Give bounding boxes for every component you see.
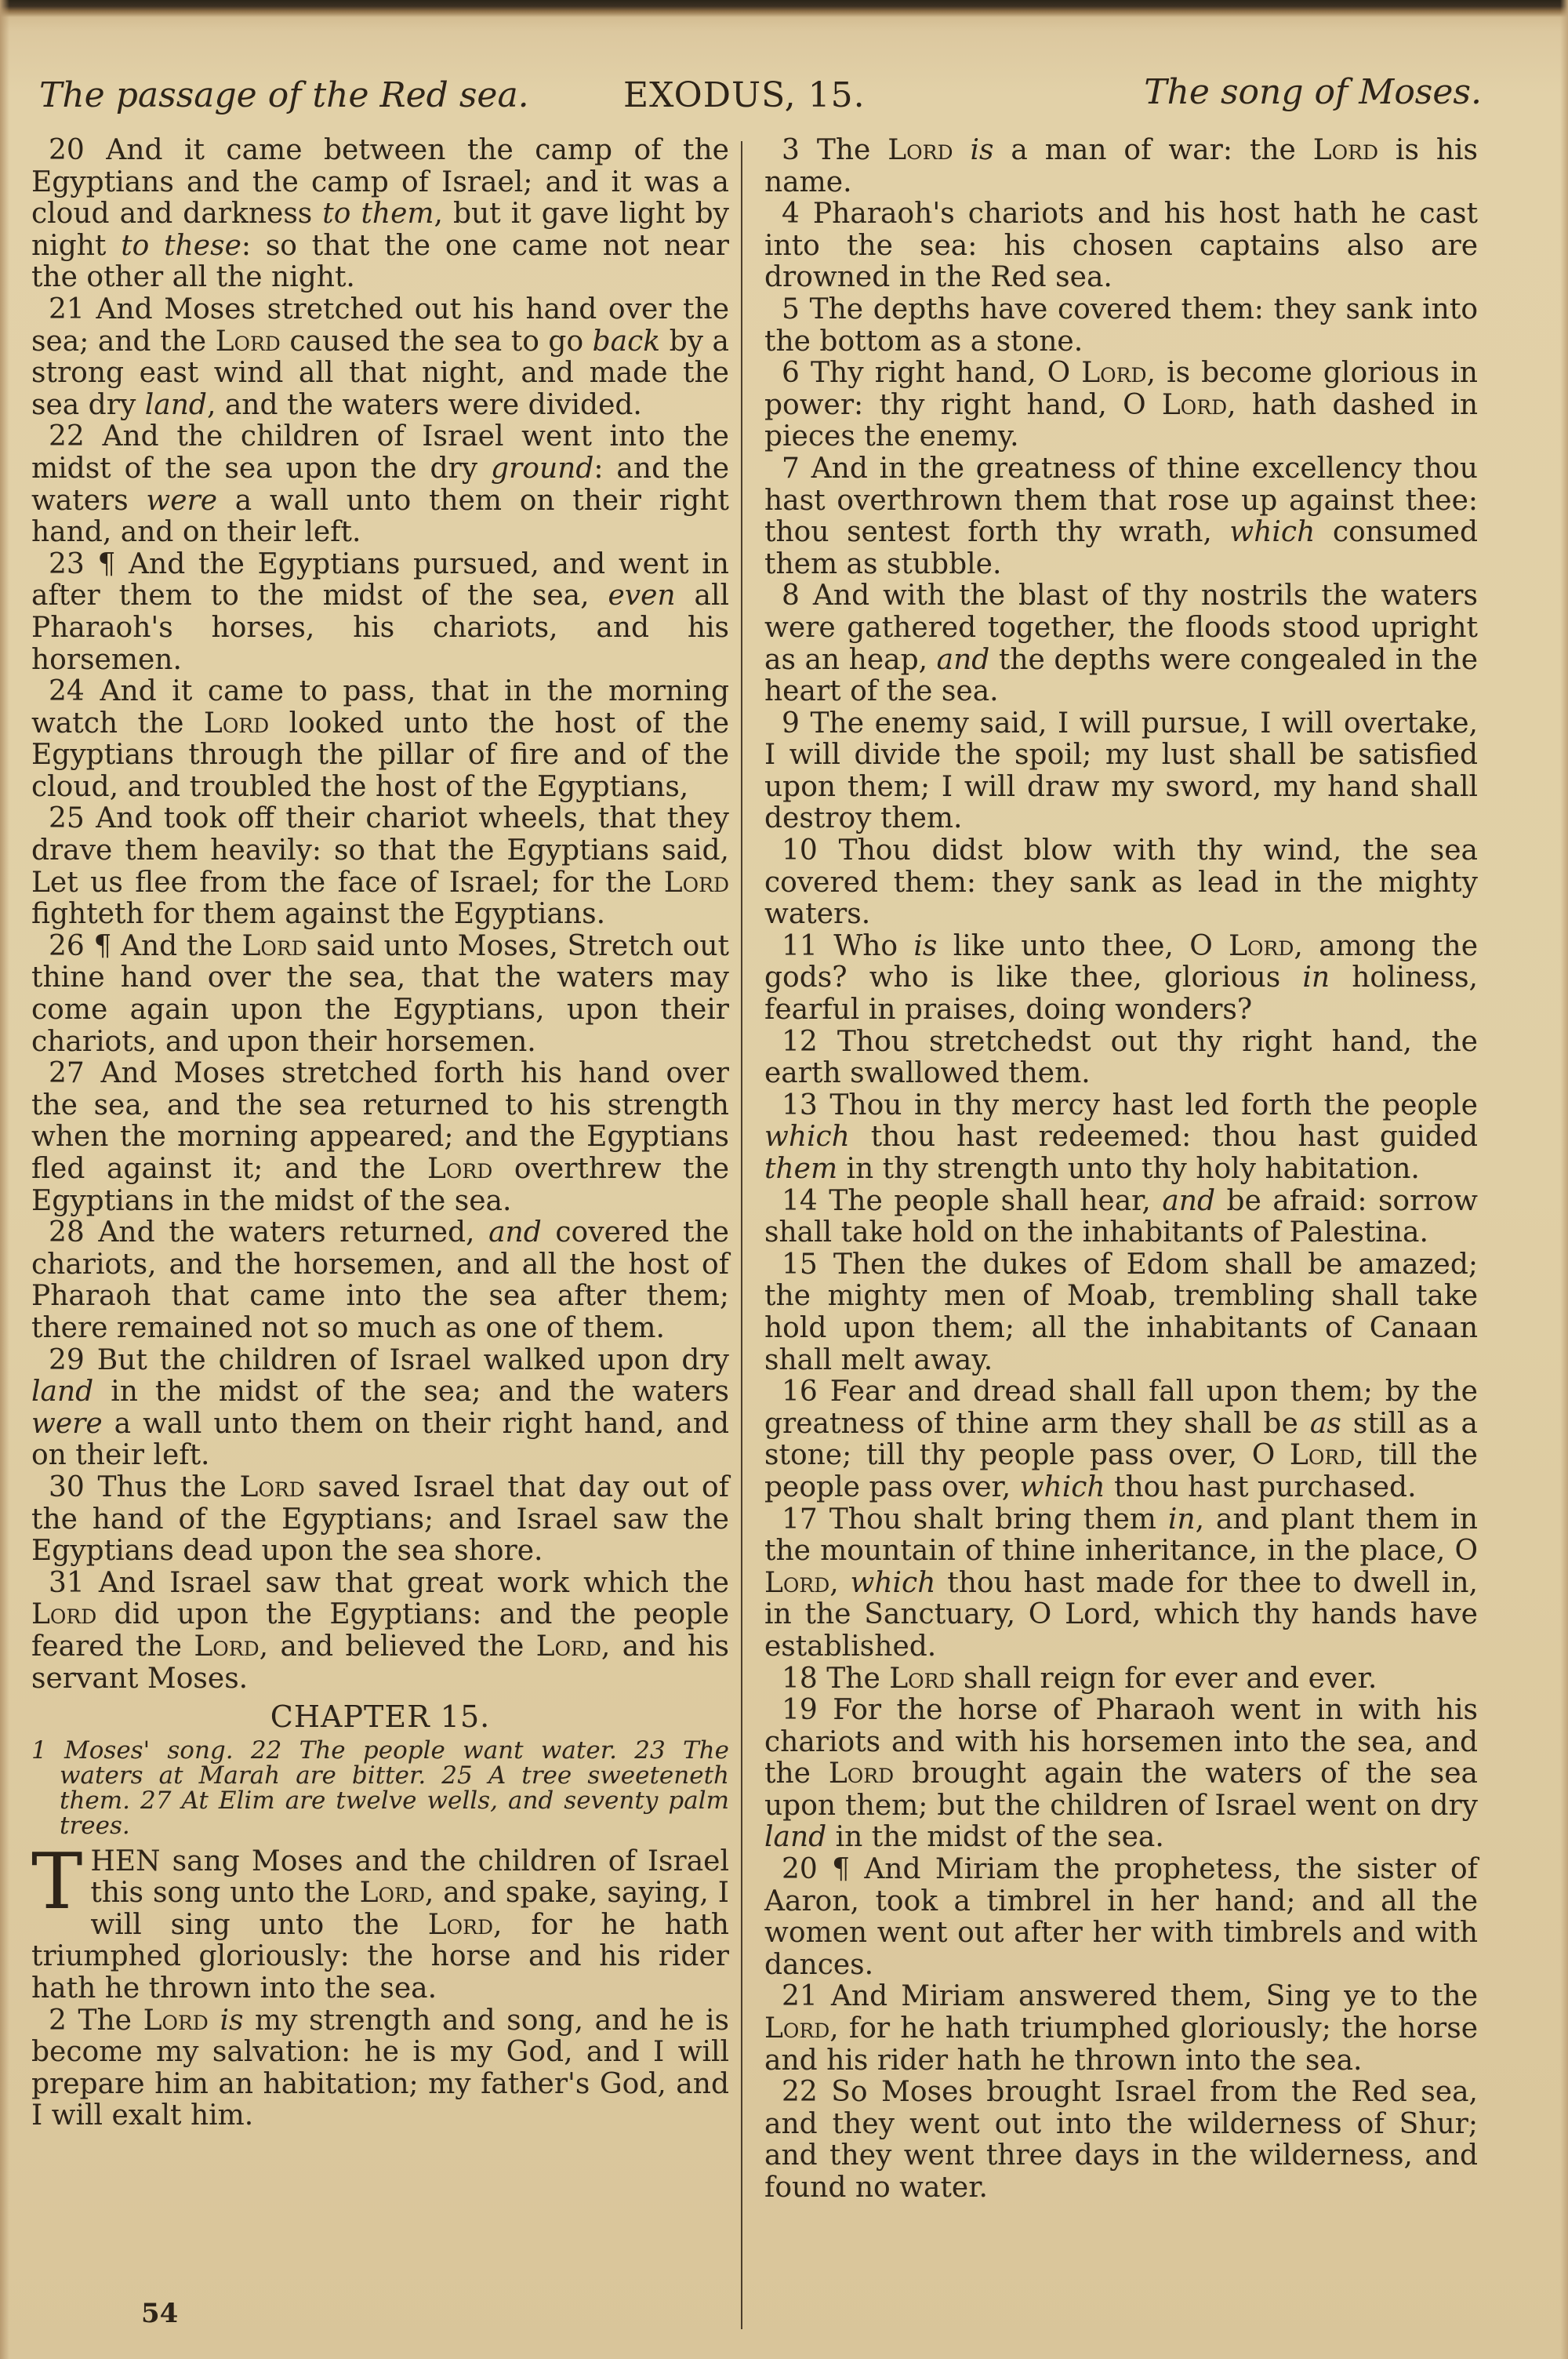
- verse: 25 And took off their chariot wheels, th…: [31, 803, 729, 930]
- verse: 5 The depths have covered them: they san…: [764, 294, 1478, 358]
- verse-text: And it came to pass, that in the morning…: [31, 675, 729, 803]
- verse: 28 And the waters returned, and covered …: [31, 1217, 729, 1344]
- verse-text: The enemy said, I will pursue, I will ov…: [764, 707, 1478, 835]
- verse-text: And took off their chariot wheels, that …: [31, 802, 729, 930]
- verse-text: Thy right hand, O Lord, is become glorio…: [764, 357, 1478, 453]
- verse-text: And Moses stretched out his hand over th…: [31, 293, 729, 421]
- verse-number: 16: [782, 1376, 818, 1408]
- verse-number: 17: [782, 1503, 818, 1536]
- verse: 2 The Lord is my strength and song, and …: [31, 2005, 729, 2132]
- verse-text: And Moses stretched forth his hand over …: [31, 1057, 729, 1216]
- page-top-edge: [0, 0, 1568, 17]
- verse: 20 ¶ And Miriam the prophetess, the sist…: [764, 1854, 1478, 1981]
- verse: 29 But the children of Israel walked upo…: [31, 1345, 729, 1472]
- pilcrow-icon: ¶: [93, 930, 111, 962]
- page-left-edge: [0, 0, 9, 2359]
- verse-number: 20: [782, 1853, 818, 1885]
- chapter-title: CHAPTER 15.: [31, 1701, 729, 1733]
- verse-text: And in the greatness of thine excellency…: [764, 453, 1478, 580]
- verse-text: And it came between the camp of the Egyp…: [31, 134, 729, 293]
- verse-number: 9: [782, 707, 800, 740]
- verse: 17 Thou shalt bring them in, and plant t…: [764, 1504, 1478, 1663]
- verse: 22 And the children of Israel went into …: [31, 421, 729, 548]
- verse-number: 25: [49, 802, 85, 834]
- verse-text: Pharaoh's chariots and his host hath he …: [764, 198, 1478, 293]
- verse: 7 And in the greatness of thine excellen…: [764, 453, 1478, 580]
- drop-cap: T: [31, 1851, 82, 1914]
- verse-number: 15: [782, 1249, 818, 1281]
- verse: 18 The Lord shall reign for ever and eve…: [764, 1663, 1478, 1696]
- verse-number: 6: [782, 357, 800, 389]
- header-left-title: The passage of the Red sea.: [39, 75, 529, 115]
- verse-number: 27: [49, 1057, 85, 1089]
- header-book-chapter: EXODUS, 15.: [623, 75, 866, 115]
- verse-number: 20: [49, 134, 85, 166]
- verse-number: 21: [49, 293, 85, 325]
- verse: 21 And Moses stretched out his hand over…: [31, 294, 729, 421]
- verse-text: Thus the Lord saved Israel that day out …: [31, 1471, 729, 1567]
- verse-text: And Miriam answered them, Sing ye to the…: [764, 1980, 1478, 2076]
- verse: 11 Who is like unto thee, O Lord, among …: [764, 931, 1478, 1027]
- verse-number: 28: [49, 1216, 85, 1249]
- verse-number: 10: [782, 834, 818, 867]
- verse-number: 22: [49, 420, 85, 453]
- page-number: 54: [141, 2298, 178, 2329]
- verse-number: 23: [49, 548, 85, 580]
- left-column: 20 And it came between the camp of the E…: [31, 135, 729, 2132]
- verse-text: Thou didst blow with thy wind, the sea c…: [764, 834, 1478, 930]
- verse: 4 Pharaoh's chariots and his host hath h…: [764, 198, 1478, 294]
- verse-number: 22: [782, 2076, 818, 2108]
- verse: 20 And it came between the camp of the E…: [31, 135, 729, 294]
- verse-number: 7: [782, 453, 800, 485]
- verse-number: 18: [782, 1663, 818, 1695]
- verse: 14 The people shall hear, and be afraid:…: [764, 1186, 1478, 1249]
- verse: 8 And with the blast of thy nostrils the…: [764, 580, 1478, 707]
- verse-text: The depths have covered them: they sank …: [764, 293, 1478, 358]
- verse: 22 So Moses brought Israel from the Red …: [764, 2077, 1478, 2204]
- column-divider: [741, 141, 742, 2329]
- verse: 16 Fear and dread shall fall upon them; …: [764, 1376, 1478, 1503]
- verse-number: 3: [782, 134, 800, 166]
- verse-number: 5: [782, 293, 800, 325]
- verse-number: 29: [49, 1344, 85, 1376]
- verse-text: The Lord is my strength and song, and he…: [31, 2005, 729, 2132]
- verse-number: 2: [49, 2005, 67, 2037]
- verse: 31 And Israel saw that great work which …: [31, 1568, 729, 1695]
- verse: 6 Thy right hand, O Lord, is become glor…: [764, 358, 1478, 453]
- verse-number: 31: [49, 1567, 85, 1599]
- page-right-edge: [1560, 0, 1568, 2359]
- verse-text: The Lord shall reign for ever and ever.: [826, 1663, 1377, 1695]
- verse-text: And the children of Israel went into the…: [31, 420, 729, 548]
- verse-text: Fear and dread shall fall upon them; by …: [764, 1376, 1478, 1503]
- verse: 15 Then the dukes of Edom shall be amaze…: [764, 1249, 1478, 1376]
- verse-text: And with the blast of thy nostrils the w…: [764, 580, 1478, 707]
- verse-number: 26: [49, 930, 85, 962]
- verse-text: For the horse of Pharaoh went in with hi…: [764, 1694, 1478, 1853]
- verse: 30 Thus the Lord saved Israel that day o…: [31, 1472, 729, 1568]
- verse-number: 12: [782, 1026, 818, 1058]
- verse-number: 8: [782, 580, 800, 612]
- verse-text: Who is like unto thee, O Lord, among the…: [764, 930, 1478, 1026]
- verse: 12 Thou stretchedst out thy right hand, …: [764, 1027, 1478, 1090]
- verse-text: And the Lord said unto Moses, Stretch ou…: [31, 930, 729, 1058]
- verse-text: And the waters returned, and covered the…: [31, 1216, 729, 1344]
- verse-text: And Miriam the prophetess, the sister of…: [764, 1853, 1478, 1981]
- verse-text: Thou shalt bring them in, and plant them…: [764, 1503, 1478, 1663]
- pilcrow-icon: ¶: [97, 548, 115, 580]
- verse: 26 ¶ And the Lord said unto Moses, Stret…: [31, 931, 729, 1058]
- verse-number: 21: [782, 1980, 818, 2012]
- verse-text: And Israel saw that great work which the…: [31, 1567, 729, 1695]
- verse-text: Thou in thy mercy hast led forth the peo…: [764, 1089, 1478, 1185]
- verse: 23 ¶ And the Egyptians pursued, and went…: [31, 549, 729, 676]
- verse: 19 For the horse of Pharaoh went in with…: [764, 1695, 1478, 1854]
- running-header: The passage of the Red sea. EXODUS, 15. …: [39, 71, 1482, 125]
- verse-text: The Lord is a man of war: the Lord is hi…: [764, 134, 1478, 198]
- verse: 10 Thou didst blow with thy wind, the se…: [764, 835, 1478, 931]
- verse: 27 And Moses stretched forth his hand ov…: [31, 1058, 729, 1217]
- verse-number: 14: [782, 1185, 818, 1217]
- verse-text: HEN sang Moses and the children of Israe…: [31, 1845, 729, 2005]
- verse: 21 And Miriam answered them, Sing ye to …: [764, 1981, 1478, 2077]
- verse: THEN sang Moses and the children of Isra…: [31, 1846, 729, 2005]
- verse-number: 19: [782, 1694, 818, 1726]
- pilcrow-icon: ¶: [832, 1853, 850, 1885]
- verse-number: 11: [782, 930, 818, 962]
- verse-number: 13: [782, 1089, 818, 1121]
- verse-number: 30: [49, 1471, 85, 1503]
- verse-text: So Moses brought Israel from the Red sea…: [764, 2076, 1478, 2204]
- verse-text: And the Egyptians pursued, and went in a…: [31, 548, 729, 676]
- right-column: 3 The Lord is a man of war: the Lord is …: [764, 135, 1478, 2205]
- verse-number: 24: [49, 675, 85, 707]
- chapter-summary: 1 Moses' song. 22 The people want water.…: [31, 1738, 729, 1838]
- verse-number: 4: [782, 198, 800, 230]
- verse-text: But the children of Israel walked upon d…: [31, 1344, 729, 1472]
- verse-text: The people shall hear, and be afraid: so…: [764, 1185, 1478, 1249]
- verse: 3 The Lord is a man of war: the Lord is …: [764, 135, 1478, 198]
- verse-text: Then the dukes of Edom shall be amazed; …: [764, 1249, 1478, 1376]
- verse-text: Thou stretchedst out thy right hand, the…: [764, 1026, 1478, 1090]
- verse: 13 Thou in thy mercy hast led forth the …: [764, 1090, 1478, 1186]
- header-right-title: The song of Moses.: [1144, 72, 1482, 112]
- verse: 24 And it came to pass, that in the morn…: [31, 676, 729, 803]
- verse: 9 The enemy said, I will pursue, I will …: [764, 708, 1478, 835]
